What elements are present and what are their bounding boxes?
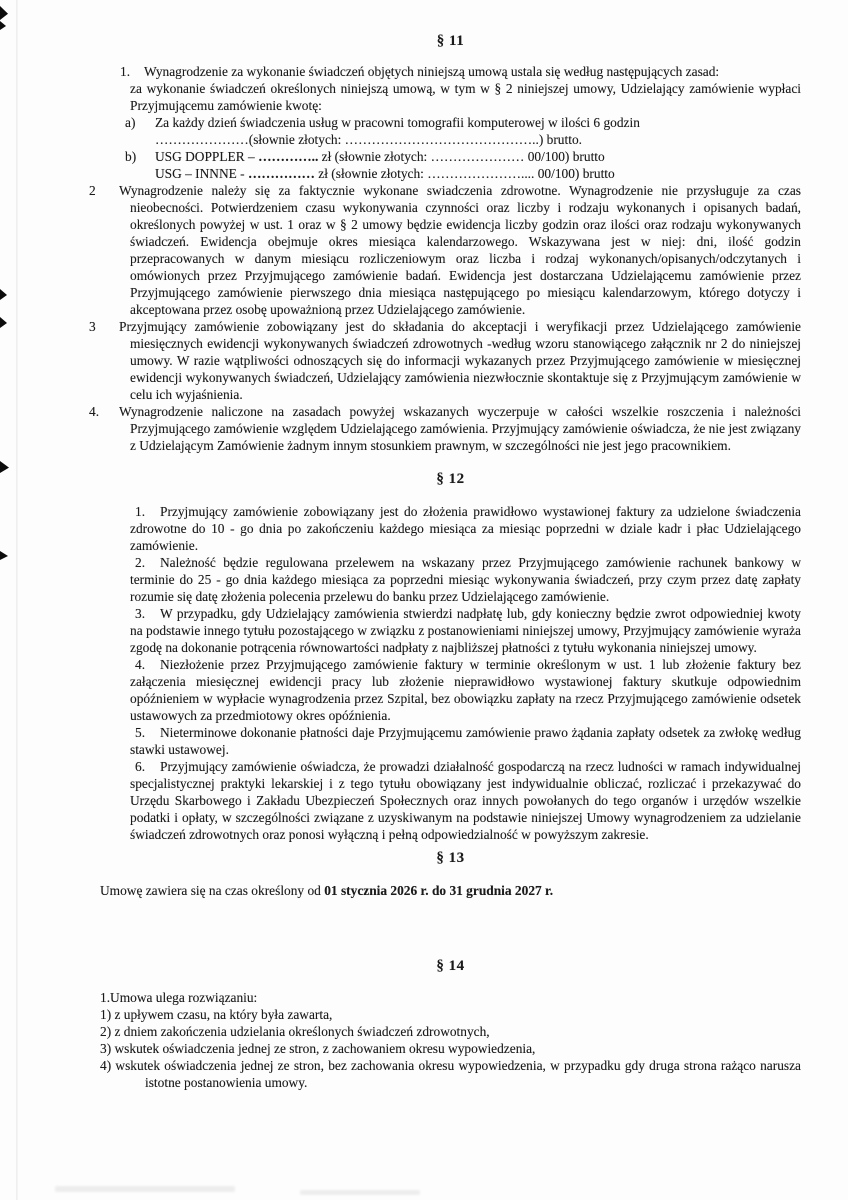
clause-number: 3. <box>105 605 145 622</box>
section-heading-14: § 14 <box>100 957 801 975</box>
clause-number: 2. <box>105 554 145 571</box>
scan-fold-line <box>16 0 18 1200</box>
clause-number: 1. <box>105 503 145 520</box>
contract-clause: 1.Umowa ulega rozwiązaniu: <box>100 989 801 1006</box>
clause-text: W przypadku, gdy Udzielający zamówienia … <box>130 606 801 655</box>
clause-text: Wynagrodzenie naliczone na zasadach powy… <box>119 404 801 453</box>
clause-text: Należność będzie regulowana przelewem na… <box>130 555 801 604</box>
contract-clause: 1) z upływem czasu, na który była zawart… <box>100 1006 801 1023</box>
section-heading-13: § 13 <box>100 849 801 867</box>
clause-text: Nieterminowe dokonanie płatności daje Pr… <box>130 725 801 757</box>
clause-number: a) <box>125 114 135 131</box>
section-11-body: 1.Wynagrodzenie za wykonanie świadczeń o… <box>100 63 801 454</box>
clause-number: 1. <box>106 63 130 80</box>
clause-text: 1.Umowa ulega rozwiązaniu: <box>100 990 257 1005</box>
contract-clause: 1.Przyjmujący zamówienie zobowiązany jes… <box>100 503 801 554</box>
contract-clause: 3.W przypadku, gdy Udzielający zamówieni… <box>100 605 801 656</box>
clause-text: Wynagrodzenie należy się za faktycznie w… <box>119 183 801 317</box>
contract-clause: a)Za każdy dzień świadczenia usług w pra… <box>100 114 801 148</box>
contract-clause: 5.Nieterminowe dokonanie płatności daje … <box>100 724 801 758</box>
contract-clause: 2Wynagrodzenie należy się za faktycznie … <box>100 182 801 318</box>
scan-artifact-mark <box>0 551 8 560</box>
contract-text: § 11 1.Wynagrodzenie za wykonanie świadc… <box>100 32 801 1091</box>
clause-text: 4) wskutek oświadczenia jednej ze stron,… <box>100 1058 801 1090</box>
section-heading-11: § 11 <box>100 32 801 50</box>
clause-text: USG DOPPLER – ………….. zł (słownie złotych… <box>155 149 615 181</box>
clause-text: Przyjmujący zamówienie oświadcza, że pro… <box>130 759 801 842</box>
scan-smudge <box>55 1186 235 1192</box>
clause-number: 4. <box>105 656 145 673</box>
contract-clause: 2) z dniem zakończenia udzielania określ… <box>100 1023 801 1040</box>
contract-clause: b)USG DOPPLER – ………….. zł (słownie złoty… <box>100 148 801 182</box>
contract-clause: 4.Niezłożenie przez Przyjmującego zamówi… <box>100 656 801 724</box>
clause-text: 2) z dniem zakończenia udzielania określ… <box>100 1024 490 1039</box>
clause-text: 1) z upływem czasu, na który była zawart… <box>100 1007 332 1022</box>
section-heading-12: § 12 <box>100 470 801 488</box>
clause-text: Wynagrodzenie za wykonanie świadczeń obj… <box>130 64 801 113</box>
scan-artifact-mark <box>0 317 7 328</box>
scan-artifact-mark <box>0 21 6 30</box>
clause-text: Przyjmujący zamówienie zobowiązany jest … <box>130 504 801 553</box>
contract-clause: 2.Należność będzie regulowana przelewem … <box>100 554 801 605</box>
clause-text: Przyjmujący zamówienie zobowiązany jest … <box>119 319 801 402</box>
contract-clause: 4.Wynagrodzenie naliczone na zasadach po… <box>100 403 801 454</box>
clause-number: b) <box>125 148 136 165</box>
clause-number: 6. <box>105 758 145 775</box>
contract-clause: 6.Przyjmujący zamówienie oświadcza, że p… <box>100 758 801 843</box>
clause-text: 3) wskutek oświadczenia jednej ze stron,… <box>100 1041 535 1056</box>
section-12-body: 1.Przyjmujący zamówienie zobowiązany jes… <box>100 503 801 843</box>
scan-artifact-mark <box>0 289 7 300</box>
contract-clause: Umowę zawiera się na czas określony od 0… <box>100 882 801 899</box>
clause-text: Umowę zawiera się na czas określony od 0… <box>100 883 553 898</box>
scan-smudge <box>300 1190 420 1195</box>
contract-clause: 4) wskutek oświadczenia jednej ze stron,… <box>100 1057 801 1091</box>
document-page: § 11 1.Wynagrodzenie za wykonanie świadc… <box>0 0 848 1200</box>
contract-clause: 1.Wynagrodzenie za wykonanie świadczeń o… <box>100 63 801 114</box>
contract-clause: 3) wskutek oświadczenia jednej ze stron,… <box>100 1040 801 1057</box>
section-13-body: Umowę zawiera się na czas określony od 0… <box>100 882 801 899</box>
clause-text: Za każdy dzień świadczenia usług w praco… <box>155 115 640 147</box>
contract-clause: 3Przyjmujący zamówienie zobowiązany jest… <box>100 318 801 403</box>
section-14-body: 1.Umowa ulega rozwiązaniu:1) z upływem c… <box>100 989 801 1091</box>
scan-artifact-mark <box>0 6 8 20</box>
clause-text: Niezłożenie przez Przyjmującego zamówien… <box>130 657 801 723</box>
scan-artifact-mark <box>0 461 9 473</box>
clause-number: 5. <box>105 724 145 741</box>
